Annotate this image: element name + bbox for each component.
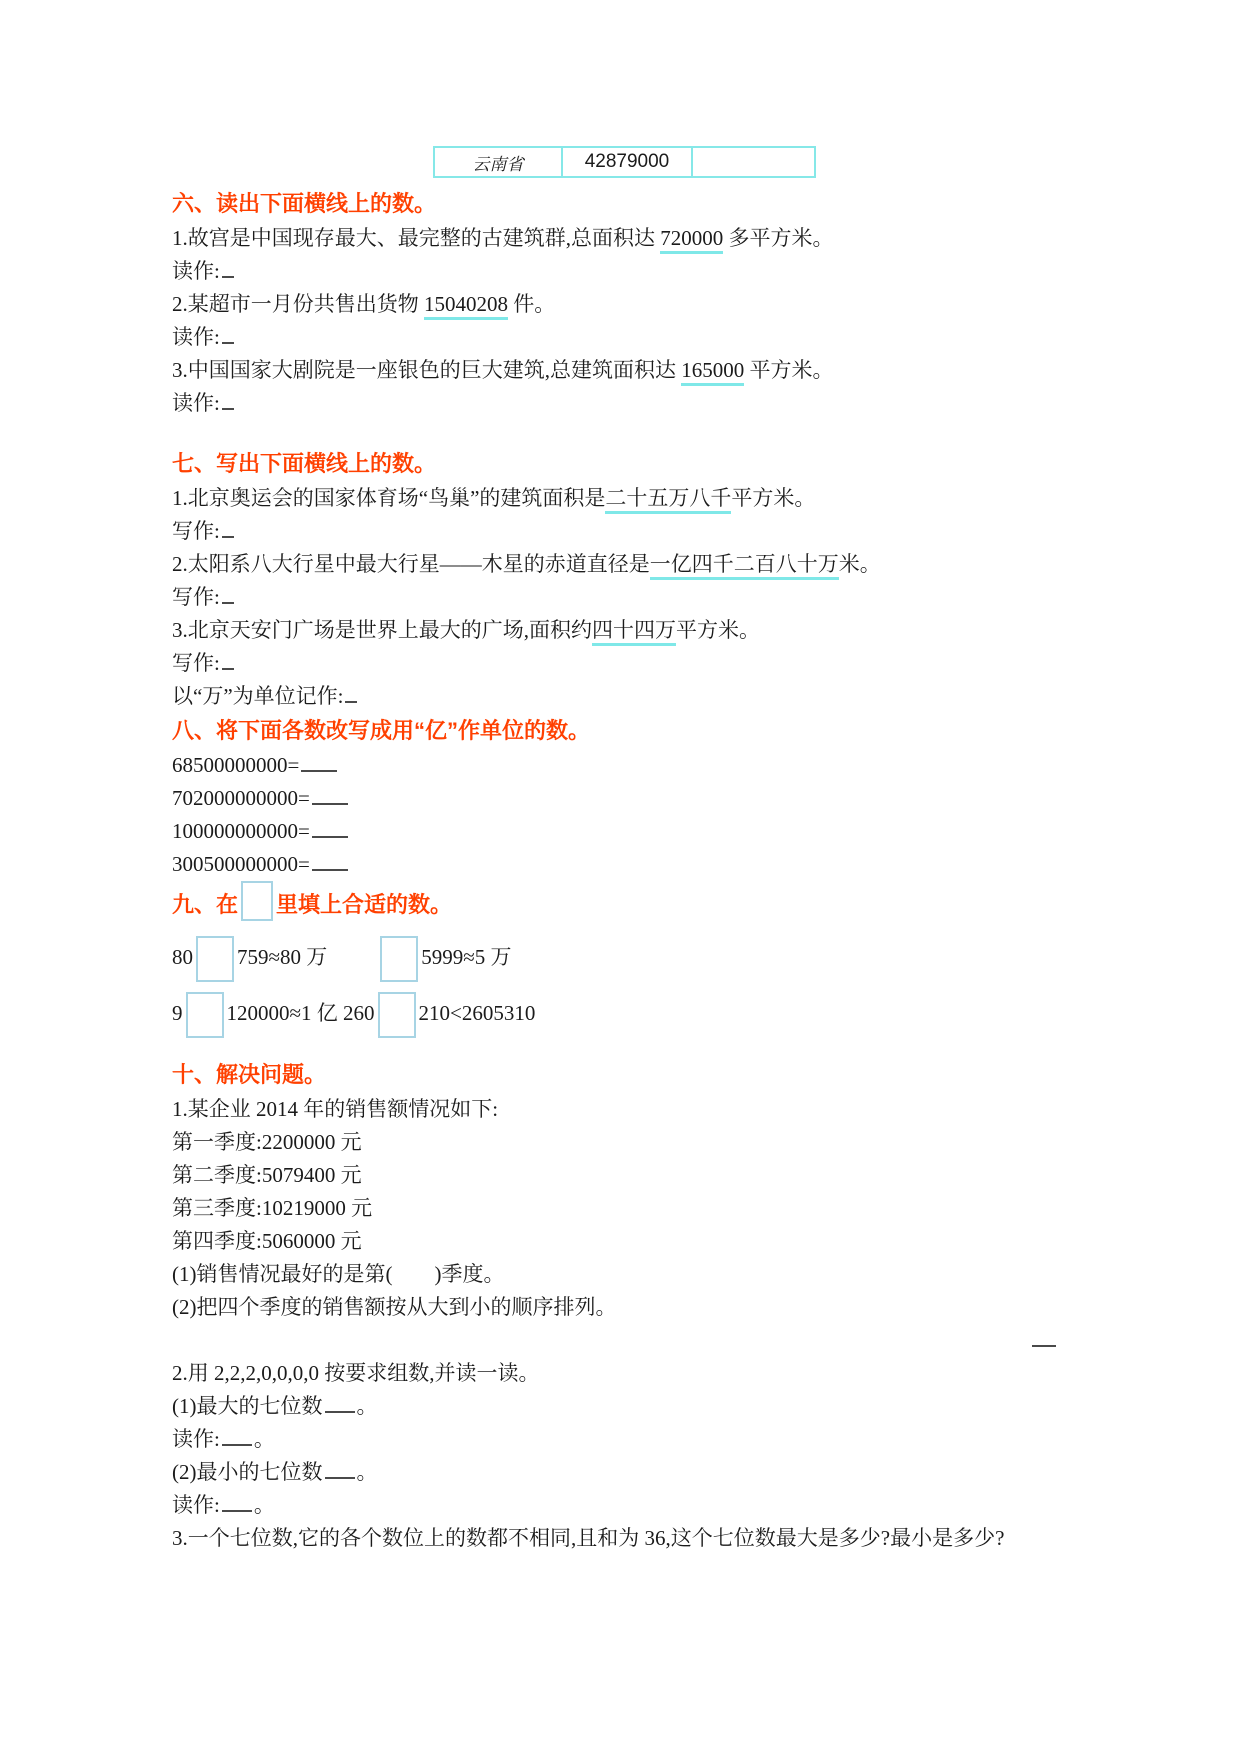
section-10-header: 十、解决问题。	[172, 1057, 1122, 1093]
text-run: 120000≈1 亿 260	[227, 1001, 375, 1025]
text-line: (1)销售情况最好的是第( )季度。	[172, 1258, 1122, 1291]
underlined-number: 四十四万	[592, 618, 676, 646]
text-run: 读作:	[172, 259, 220, 283]
text-run: 七、写出下面横线上的数。	[172, 451, 436, 476]
answer-blank	[222, 1426, 252, 1446]
text-run: 1.某企业 2014 年的销售额情况如下:	[172, 1097, 498, 1121]
underlined-number: 15040208	[424, 292, 508, 320]
answer-blank	[222, 650, 234, 670]
section-7-header: 七、写出下面横线上的数。	[172, 446, 1122, 482]
text-run: 六、读出下面横线上的数。	[172, 191, 436, 216]
text-line: 100000000000=	[172, 815, 1122, 848]
text-run: 读作:	[172, 391, 220, 415]
empty-cell	[692, 147, 815, 177]
text-line: 68500000000=	[172, 749, 1122, 782]
text-run: 八、将下面各数改写成用“亿”作单位的数。	[172, 718, 590, 743]
text-line: 写作:	[172, 515, 1122, 548]
answer-blank	[325, 1459, 355, 1479]
answer-blank	[312, 785, 348, 805]
text-run: 第二季度:5079400 元	[172, 1163, 362, 1187]
text-run: 以“万”为单位记作:	[172, 684, 343, 708]
text-run: 。	[357, 1394, 378, 1418]
text-run: 1.故宫是中国现存最大、最完整的古建筑群,总面积达	[172, 226, 660, 250]
text-run: 2.某超市一月份共售出货物	[172, 292, 424, 316]
text-run: 210<2605310	[419, 1001, 536, 1025]
text-run: 759≈80 万	[237, 945, 327, 969]
text-run: 5999≈5 万	[421, 945, 511, 969]
text-line: 第一季度:2200000 元	[172, 1126, 1122, 1159]
answer-blank	[222, 390, 234, 410]
underlined-number: 720000	[660, 226, 723, 254]
text-run: 写作:	[172, 519, 220, 543]
text-line: 第二季度:5079400 元	[172, 1159, 1122, 1192]
text-line: 9120000≈1 亿 260210<2605310	[172, 985, 1122, 1041]
answer-box	[186, 992, 224, 1038]
text-run: 平方米。	[744, 358, 833, 382]
answer-blank	[312, 818, 348, 838]
text-run: (1)销售情况最好的是第( )季度。	[172, 1262, 504, 1286]
text-run: 3.中国国家大剧院是一座银色的巨大建筑,总建筑面积达	[172, 358, 681, 382]
text-run: 。	[357, 1460, 378, 1484]
text-line: 1.故宫是中国现存最大、最完整的古建筑群,总面积达 720000 多平方米。	[172, 222, 1122, 255]
province-population-cell: 42879000	[562, 147, 692, 177]
text-line: (1)最大的七位数。	[172, 1390, 1122, 1423]
answer-blank	[301, 752, 337, 772]
text-run: 件。	[508, 292, 555, 316]
text-run: 写作:	[172, 585, 220, 609]
text-run: 里填上合适的数。	[276, 892, 452, 917]
text-run: 3.一个七位数,它的各个数位上的数都不相同,且和为 36,这个七位数最大是多少?…	[172, 1526, 1004, 1550]
spacer	[327, 963, 377, 964]
text-line: 第四季度:5060000 元	[172, 1225, 1122, 1258]
answer-blank	[222, 324, 234, 344]
text-run: 2.用 2,2,2,0,0,0,0 按要求组数,并读一读。	[172, 1361, 540, 1385]
text-line: (2)把四个季度的销售额按从大到小的顺序排列。	[172, 1291, 1122, 1324]
text-run: (2)最小的七位数	[172, 1460, 323, 1484]
answer-box	[241, 881, 273, 921]
section-8-header: 八、将下面各数改写成用“亿”作单位的数。	[172, 713, 1122, 749]
text-line: 2.某超市一月份共售出货物 15040208 件。	[172, 288, 1122, 321]
answer-blank	[222, 584, 234, 604]
text-run: 2.太阳系八大行星中最大行星——木星的赤道直径是	[172, 552, 650, 576]
text-line: (2)最小的七位数。	[172, 1456, 1122, 1489]
answer-box	[378, 992, 416, 1038]
text-run: 300500000000=	[172, 852, 310, 876]
province-name-cell: 云南省	[434, 147, 562, 177]
text-run: 平方米。	[676, 618, 760, 642]
text-run: 多平方米。	[723, 226, 833, 250]
text-line: 1.北京奥运会的国家体育场“鸟巢”的建筑面积是二十五万八千平方米。	[172, 482, 1122, 515]
answer-blank	[325, 1393, 355, 1413]
answer-box	[380, 936, 418, 982]
text-run: (1)最大的七位数	[172, 1394, 323, 1418]
answer-blank	[345, 683, 357, 703]
text-run: 80	[172, 945, 193, 969]
text-run: 写作:	[172, 651, 220, 675]
text-run: 平方米。	[731, 486, 815, 510]
text-line: 3.中国国家大剧院是一座银色的巨大建筑,总建筑面积达 165000 平方米。	[172, 354, 1122, 387]
text-line: 第三季度:10219000 元	[172, 1192, 1122, 1225]
underlined-number: 165000	[681, 358, 744, 386]
text-run: 3.北京天安门广场是世界上最大的广场,面积约	[172, 618, 592, 642]
text-line: 2.太阳系八大行星中最大行星——木星的赤道直径是一亿四千二百八十万米。	[172, 548, 1122, 581]
text-line: 702000000000=	[172, 782, 1122, 815]
text-line: 2.用 2,2,2,0,0,0,0 按要求组数,并读一读。	[172, 1357, 1122, 1390]
answer-blank	[312, 851, 348, 871]
text-line: 3.一个七位数,它的各个数位上的数都不相同,且和为 36,这个七位数最大是多少?…	[172, 1522, 1122, 1555]
section-6-header: 六、读出下面横线上的数。	[172, 186, 1122, 222]
right-answer-blank-line	[172, 1324, 1122, 1357]
table-row: 云南省 42879000	[434, 147, 815, 177]
text-line: 读作:	[172, 255, 1122, 288]
text-run: 第一季度:2200000 元	[172, 1130, 362, 1154]
text-line: 1.某企业 2014 年的销售额情况如下:	[172, 1093, 1122, 1126]
text-line: 80759≈80 万5999≈5 万	[172, 929, 1122, 985]
text-run: 读作:	[172, 1493, 220, 1517]
worksheet-page: 云南省 42879000 六、读出下面横线上的数。1.故宫是中国现存最大、最完整…	[0, 0, 1241, 1754]
text-line: 读作:。	[172, 1489, 1122, 1522]
text-run: 。	[254, 1427, 275, 1451]
text-line: 写作:	[172, 581, 1122, 614]
answer-blank	[222, 1492, 252, 1512]
section-9-header: 九、在里填上合适的数。	[172, 881, 1122, 923]
answer-blank	[1032, 1327, 1056, 1347]
text-run: 第四季度:5060000 元	[172, 1229, 362, 1253]
text-run: 第三季度:10219000 元	[172, 1196, 372, 1220]
text-run: 读作:	[172, 325, 220, 349]
text-run: 九、在	[172, 892, 238, 917]
text-run: 702000000000=	[172, 786, 310, 810]
underlined-number: 二十五万八千	[605, 486, 731, 514]
answer-blank	[222, 258, 234, 278]
text-run: 十、解决问题。	[172, 1062, 326, 1087]
text-line: 读作:	[172, 321, 1122, 354]
text-run: 68500000000=	[172, 753, 299, 777]
answer-blank	[222, 518, 234, 538]
underlined-number: 一亿四千二百八十万	[650, 552, 839, 580]
text-run: (2)把四个季度的销售额按从大到小的顺序排列。	[172, 1295, 617, 1319]
text-run: 100000000000=	[172, 819, 310, 843]
worksheet-content: 六、读出下面横线上的数。1.故宫是中国现存最大、最完整的古建筑群,总面积达 72…	[172, 186, 1122, 1555]
spacer	[172, 1346, 1030, 1347]
text-run: 。	[254, 1493, 275, 1517]
text-run: 读作:	[172, 1427, 220, 1451]
text-line: 读作:。	[172, 1423, 1122, 1456]
text-line: 以“万”为单位记作:	[172, 680, 1122, 713]
text-run: 1.北京奥运会的国家体育场“鸟巢”的建筑面积是	[172, 486, 605, 510]
text-line: 300500000000=	[172, 848, 1122, 881]
text-line: 3.北京天安门广场是世界上最大的广场,面积约四十四万平方米。	[172, 614, 1122, 647]
province-population-table: 云南省 42879000	[433, 146, 816, 178]
text-line: 写作:	[172, 647, 1122, 680]
text-line: 读作:	[172, 387, 1122, 420]
text-run: 米。	[839, 552, 881, 576]
answer-box	[196, 936, 234, 982]
text-run: 9	[172, 1001, 183, 1025]
